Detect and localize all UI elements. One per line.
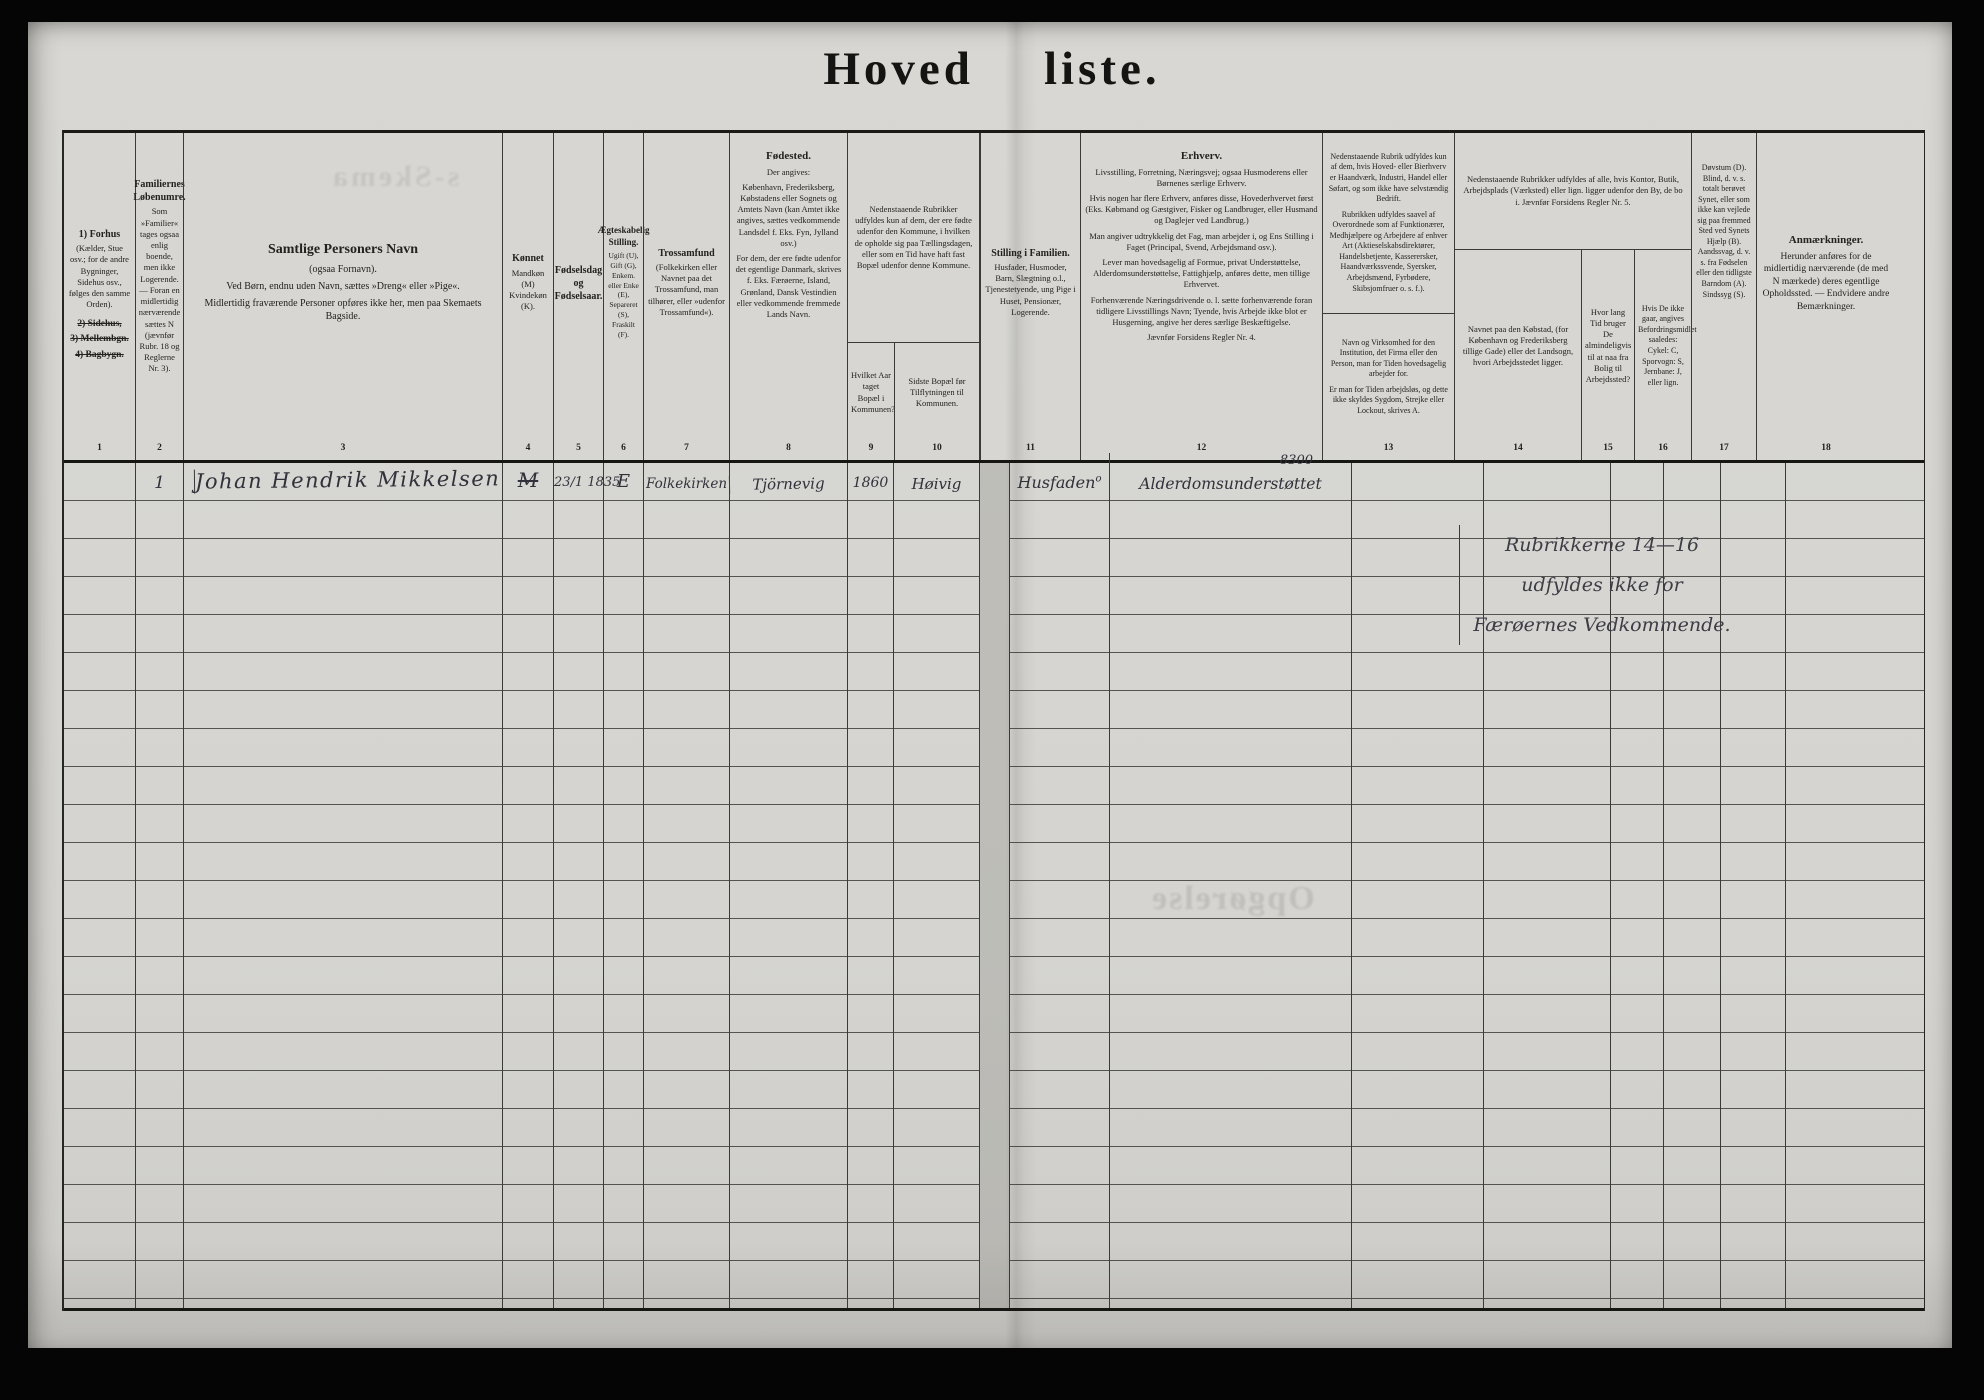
col8-body2: For dem, der ere fødte udenfor det egent…	[734, 253, 843, 320]
binding-gutter	[979, 463, 1009, 1308]
col1-title: 1) Forhus	[79, 228, 120, 241]
faroe-note-line1: Rubrikkerne 14—16	[1460, 525, 1744, 565]
body-col-stilling	[1009, 463, 1109, 1308]
col11-title: Stilling i Familien.	[991, 247, 1070, 260]
table-header: 1) Forhus (Kælder, Stue osv.; for de and…	[64, 133, 1924, 463]
body-col-aegteskab	[603, 463, 643, 1308]
faroe-note: Rubrikkerne 14—16 udfyldes ikke for Færø…	[1459, 525, 1744, 645]
column-header-trossamfund: Trossamfund (Folkekirken eller Navnet pa…	[643, 133, 729, 460]
entry-sex: M	[502, 468, 553, 492]
col8-subtitle: Der angives:	[767, 167, 810, 178]
col6-body: Ugift (U), Gift (G), Enkem. eller Enke (…	[608, 251, 639, 340]
col9-10-shared-header: Nedenstaaende Rubrikker udfyldes kun af …	[848, 133, 979, 343]
col18-body: Herunder anføres for de midlertidig nærv…	[1761, 251, 1891, 314]
entry-name: Johan Hendrik Mikkelsen	[194, 466, 500, 493]
col12-paragraph: Livsstilling, Forretning, Næringsvej; og…	[1085, 167, 1318, 189]
entry-family-position: Husfadeno	[1009, 473, 1109, 492]
column-header-arbejdssted: Navnet paa den Købstad, (for København o…	[1455, 250, 1581, 460]
col1-body: (Kælder, Stue osv.; for de andre Bygning…	[68, 243, 131, 310]
body-col-foedested	[729, 463, 847, 1308]
col3-body2: Midlertidig fraværende Personer opføres …	[188, 297, 498, 323]
col2-title: Familiernes Løbenumre.	[133, 178, 185, 204]
col13-top-block: Nedenstaaende Rubrik udfyldes kun af dem…	[1323, 133, 1454, 314]
col16-number: 16	[1635, 442, 1691, 455]
entry-marital-status: E	[603, 471, 643, 492]
col3-number: 3	[184, 442, 502, 455]
entry-family-position-sup: o	[1095, 474, 1101, 485]
page-title-part1: Hoved	[823, 42, 974, 96]
col9-body: Hvilket Aar taget Bopæl i Kommunen?	[851, 370, 891, 415]
entry-religion: Folkekirken	[643, 476, 729, 492]
col15-number: 15	[1582, 442, 1634, 455]
column-header-erhverv: Erhverv. Livsstilling, Forretning, Nærin…	[1080, 133, 1322, 460]
column-header-navn: Samtlige Personers Navn (ogsaa Fornavn).…	[183, 133, 502, 460]
column-header-group-9-10: Nedenstaaende Rubrikker udfyldes kun af …	[847, 133, 979, 460]
column-header-foedselsdag: Fødselsdag og Fødselsaar. 5	[553, 133, 603, 460]
col12-title: Erhverv.	[1181, 149, 1222, 164]
body-col-navn	[183, 463, 502, 1308]
col12-paragraph: Forhenværende Næringsdrivende o. l. sætt…	[1085, 295, 1318, 329]
column-header-13: Nedenstaaende Rubrik udfyldes kun af dem…	[1322, 133, 1454, 460]
col6-number: 6	[604, 442, 643, 455]
col4-number: 4	[503, 442, 553, 455]
column-header-handicap: Døvstum (D). Blind, d. v. s. totalt berø…	[1691, 133, 1756, 460]
col4-body: Mandkøn (M) Kvindekøn (K).	[507, 268, 549, 313]
column-header-foedested: Fødested. Der angives: København, Freder…	[729, 133, 847, 460]
col4-title: Kønnet	[512, 252, 544, 265]
page-title: Hoved liste.	[62, 42, 1922, 96]
column-header-aar-bopael: Hvilket Aar taget Bopæl i Kommunen? 9	[848, 343, 894, 460]
col18-number: 18	[1757, 442, 1895, 455]
col10-number: 10	[895, 442, 979, 455]
col13-top2: Rubrikken udfyldes saavel af Overordnede…	[1328, 210, 1449, 294]
col12-paragraph: Jævnfør Forsidens Regler Nr. 4.	[1147, 332, 1256, 343]
entry-birthplace: Tjörnevig	[729, 474, 847, 494]
col9-number: 9	[848, 442, 894, 455]
col5-title: Fødselsdag og Fødselsaar.	[555, 264, 603, 304]
col5-number: 5	[554, 442, 603, 455]
col14-16-subheaders: Navnet paa den Købstad, (for København o…	[1455, 250, 1691, 460]
body-col-foedselsdag	[553, 463, 603, 1308]
col14-body: Navnet paa den Købstad, (for København o…	[1458, 324, 1578, 369]
col1-struck-bagbygn: 4) Bagbygn.	[75, 349, 124, 362]
col13-top1: Nedenstaaende Rubrik udfyldes kun af dem…	[1328, 152, 1449, 205]
col3-subtitle: (ogsaa Fornavn).	[309, 263, 377, 276]
body-col-erhverv	[1109, 463, 1351, 1308]
body-col-aar	[847, 463, 893, 1308]
column-header-stilling-i-familien: Stilling i Familien. Husfader, Husmoder,…	[980, 133, 1080, 460]
body-col-loebenr	[135, 463, 183, 1308]
col11-body: Husfader, Husmoder, Barn, Slægtning o.l.…	[985, 262, 1076, 318]
col8-number: 8	[730, 442, 847, 455]
body-col-forhus	[64, 463, 135, 1308]
column-header-group-14-16: Nedenstaaende Rubrikker udfyldes af alle…	[1454, 133, 1691, 460]
col7-number: 7	[644, 442, 729, 455]
col1-struck-mellembgn: 3) Mellembgn.	[70, 333, 129, 346]
entry-year-settled: 1860	[847, 475, 893, 491]
col3-body1: Ved Børn, endnu uden Navn, sættes »Dreng…	[226, 280, 460, 293]
body-col-anmaerkninger	[1785, 463, 1924, 1308]
column-header-aegteskabelig: Ægteskabelig Stilling. Ugift (U), Gift (…	[603, 133, 643, 460]
faroe-note-line3: Færøernes Vedkommende.	[1460, 605, 1744, 645]
body-col-koen	[502, 463, 553, 1308]
entry-amount: 8300	[1109, 453, 1351, 468]
column-header-loebenumre: Familiernes Løbenumre. Som »Familier« ta…	[135, 133, 183, 460]
entry-last-residence: Høivig	[893, 475, 979, 493]
col9-10-subheaders: Hvilket Aar taget Bopæl i Kommunen? 9 Si…	[848, 343, 979, 460]
col16-body: Hvis De ikke gaar, angives Befordringsmi…	[1638, 304, 1688, 388]
col8-body1: København, Frederiksberg, Købstadens ell…	[734, 182, 843, 249]
body-col-trossamfund	[643, 463, 729, 1308]
col6-title: Ægteskabelig Stilling.	[598, 225, 650, 249]
col14-number: 14	[1455, 442, 1581, 455]
column-header-forhus: 1) Forhus (Kælder, Stue osv.; for de and…	[64, 133, 135, 460]
col2-number: 2	[136, 442, 183, 455]
col7-body: (Folkekirken eller Navnet paa det Trossa…	[648, 262, 725, 318]
col18-title: Anmærkninger.	[1789, 233, 1863, 248]
col17-body: Døvstum (D). Blind, d. v. s. totalt berø…	[1696, 163, 1752, 300]
column-header-koennet: Kønnet Mandkøn (M) Kvindekøn (K). 4	[502, 133, 553, 460]
col13-bot1: Navn og Virksomhed for den Institution, …	[1328, 338, 1449, 380]
entry-birthdate: 23/1 1835	[553, 475, 603, 490]
entry-family-position-text: Husfaden	[1018, 473, 1096, 492]
col17-number: 17	[1692, 442, 1756, 455]
col13-bot2: Er man for Tiden arbejdsløs, og dette ik…	[1328, 385, 1449, 417]
col15-body: Hvor lang Tid bruger De almindeligvis ti…	[1585, 307, 1631, 386]
column-header-anmaerkninger: Anmærkninger. Herunder anføres for de mi…	[1756, 133, 1895, 460]
column-header-tid: Hvor lang Tid bruger De almindeligvis ti…	[1581, 250, 1634, 460]
col2-body: Som »Familier« tages ogsaa enlig boende,…	[139, 206, 181, 374]
col1-number: 1	[64, 442, 135, 455]
col12-paragraph: Hvis nogen har flere Erhverv, anføres di…	[1085, 193, 1318, 227]
body-col-sidste-bopael	[893, 463, 979, 1308]
col8-title: Fødested.	[766, 149, 811, 164]
col7-title: Trossamfund	[658, 247, 714, 260]
column-header-befordring: Hvis De ikke gaar, angives Befordringsmi…	[1634, 250, 1691, 460]
column-header-sidste-bopael: Sidste Bopæl før Tilflytningen til Kommu…	[894, 343, 979, 460]
entry-occupation: Alderdomsunderstøttet	[1109, 475, 1351, 493]
col14-16-shared-header: Nedenstaaende Rubrikker udfyldes af alle…	[1455, 133, 1691, 250]
col12-paragraph: Lever man hovedsagelig af Formue, privat…	[1085, 257, 1318, 291]
col1-struck-sidehus: 2) Sidehus,	[77, 318, 121, 331]
col3-title: Samtlige Personers Navn	[268, 241, 418, 259]
col13-bottom-block: Navn og Virksomhed for den Institution, …	[1323, 314, 1454, 460]
census-table: 1) Forhus (Kælder, Stue osv.; for de and…	[62, 130, 1925, 1311]
col11-number: 11	[981, 442, 1080, 455]
table-body: 1 Johan Hendrik Mikkelsen M 23/1 1835 E …	[64, 463, 1924, 1311]
col10-body: Sidste Bopæl før Tilflytningen til Kommu…	[898, 376, 976, 410]
scanned-census-page: s-Skema Opgørelse Hoved liste. 1) Forhus…	[0, 0, 1984, 1400]
page-title-part2: liste.	[1044, 42, 1161, 96]
faroe-note-line2: udfyldes ikke for	[1460, 565, 1744, 605]
col12-paragraph: Man angiver udtrykkelig det Fag, man arb…	[1085, 231, 1318, 253]
entry-family-number: 1	[135, 473, 183, 493]
